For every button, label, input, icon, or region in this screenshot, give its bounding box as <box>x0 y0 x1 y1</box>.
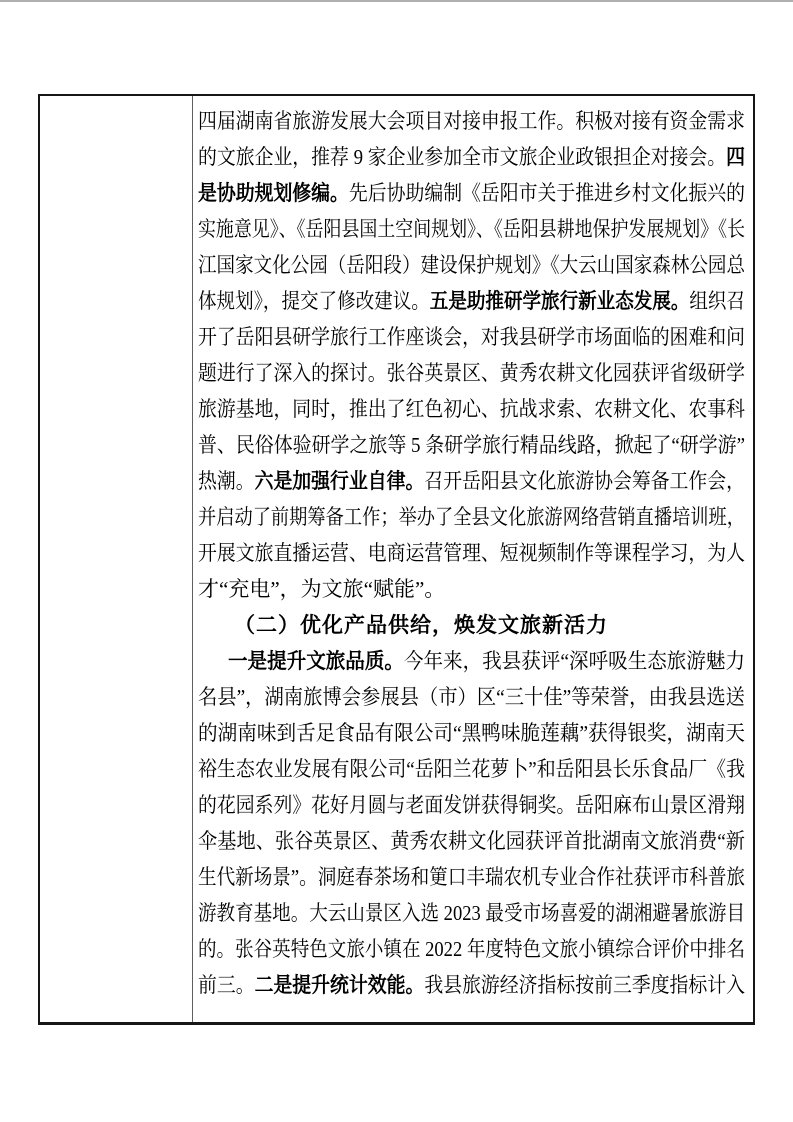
text-line: 的文旅企业，推荐 9 家企业参加全市文旅企业政银担企对接会。四 <box>198 139 745 175</box>
line-content: 普、民俗体验研学之旅等 5 条研学旅行精品线路，掀起了“研学游” <box>198 427 745 463</box>
line-content: 的。张谷英特色文旅小镇在 2022 年度特色文旅小镇综合评价中排名 <box>198 931 745 967</box>
text-line: 开展文旅直播运营、电商运营管理、短视频制作等课程学习，为人 <box>198 535 745 571</box>
text-run: 一是提升文旅品质。 <box>228 649 404 673</box>
line-content: 前三。二是提升统计效能。我县旅游经济指标按前三季度指标计入 <box>198 967 745 1003</box>
text-line: 才“充电”，为文旅“赋能”。 <box>198 571 745 607</box>
text-run: 开展文旅直播运营、电商运营管理、短视频制作等课程学习，为人 <box>198 541 745 565</box>
text-run: 六是加强行业自律。 <box>255 469 425 493</box>
line-content: 生代新场景”。洞庭春茶场和筻口丰瑞农机专业合作社获评市科普旅 <box>198 859 745 895</box>
text-line: 前三。二是提升统计效能。我县旅游经济指标按前三季度指标计入 <box>198 967 745 1003</box>
line-content: （二）优化产品供给，焕发文旅新活力 <box>234 607 608 643</box>
line-content: 一是提升文旅品质。今年来，我县获评“深呼吸生态旅游魅力 <box>228 643 745 679</box>
line-content: 的花园系列》花好月圆与老面发饼获得铜奖。岳阳麻布山景区滑翔 <box>198 787 745 823</box>
text-line: 旅游基地，同时，推出了红色初心、抗战求索、农耕文化、农事科 <box>198 391 745 427</box>
text-line: 游教育基地。大云山景区入选 2023 最受市场喜爱的湖湘避暑旅游目 <box>198 895 745 931</box>
page-top-edge <box>0 0 793 2</box>
text-line: 生代新场景”。洞庭春茶场和筻口丰瑞农机专业合作社获评市科普旅 <box>198 859 745 895</box>
text-run: 名县”，湖南旅博会参展县（市）区“三十佳”等荣誉，由我县选送 <box>198 685 745 709</box>
text-run: 裕生态农业发展有限公司“岳阳兰花萝卜”和岳阳县长乐食品厂《我 <box>198 757 745 781</box>
text-line: 体规划》，提交了修改建议。五是助推研学旅行新业态发展。组织召 <box>198 283 745 319</box>
text-run: 实施意见》、《岳阳县国土空间规划》、《岳阳县耕地保护发展规划》《长 <box>198 217 745 241</box>
line-content: 并启动了前期筹备工作；举办了全县文化旅游网络营销直播培训班， <box>198 499 745 535</box>
line-content: 实施意见》、《岳阳县国土空间规划》、《岳阳县耕地保护发展规划》《长 <box>198 211 745 247</box>
text-line: 普、民俗体验研学之旅等 5 条研学旅行精品线路，掀起了“研学游” <box>198 427 745 463</box>
text-line: 热潮。六是加强行业自律。召开岳阳县文化旅游协会筹备工作会， <box>198 463 745 499</box>
document-text: 四届湖南省旅游发展大会项目对接申报工作。积极对接有资金需求的文旅企业，推荐 9 … <box>198 103 745 1003</box>
report-table: 四届湖南省旅游发展大会项目对接申报工作。积极对接有资金需求的文旅企业，推荐 9 … <box>38 94 755 1025</box>
text-run: 先后协助编制《岳阳市关于推进乡村文化振兴的 <box>349 181 745 205</box>
line-content: 开了岳阳县研学旅行工作座谈会，对我县研学市场面临的困难和问 <box>198 319 745 355</box>
line-content: 裕生态农业发展有限公司“岳阳兰花萝卜”和岳阳县长乐食品厂《我 <box>198 751 745 787</box>
text-run: 才“充电”，为文旅“赋能”。 <box>198 577 445 601</box>
text-run: 二是提升统计效能。 <box>255 973 425 997</box>
text-line: 裕生态农业发展有限公司“岳阳兰花萝卜”和岳阳县长乐食品厂《我 <box>198 751 745 787</box>
document-page: 四届湖南省旅游发展大会项目对接申报工作。积极对接有资金需求的文旅企业，推荐 9 … <box>0 0 793 1122</box>
text-run: 开了岳阳县研学旅行工作座谈会，对我县研学市场面临的困难和问 <box>198 325 745 349</box>
text-run: 的湖南味到舌足食品有限公司“黑鸭味脆莲藕”获得银奖，湖南天 <box>198 721 745 745</box>
text-run: 四届湖南省旅游发展大会项目对接申报工作。积极对接有资金需求 <box>198 109 745 133</box>
line-content: 旅游基地，同时，推出了红色初心、抗战求索、农耕文化、农事科 <box>198 391 745 427</box>
line-content: 体规划》，提交了修改建议。五是助推研学旅行新业态发展。组织召 <box>198 283 745 319</box>
text-run: 题进行了深入的探讨。张谷英景区、黄秀农耕文化园获评省级研学 <box>198 361 745 385</box>
text-line: 的湖南味到舌足食品有限公司“黑鸭味脆莲藕”获得银奖，湖南天 <box>198 715 745 751</box>
text-run: 并启动了前期筹备工作；举办了全县文化旅游网络营销直播培训班， <box>198 505 745 529</box>
text-run: 今年来，我县获评“深呼吸生态旅游魅力 <box>404 649 745 673</box>
text-run: 普、民俗体验研学之旅等 5 条研学旅行精品线路，掀起了“研学游” <box>198 433 745 457</box>
line-content: 四届湖南省旅游发展大会项目对接申报工作。积极对接有资金需求 <box>198 103 745 139</box>
text-run: 是协助规划修编。 <box>198 181 349 205</box>
text-run: 四 <box>726 145 745 169</box>
text-run: 五是助推研学旅行新业态发展。 <box>430 289 690 313</box>
text-line: 的花园系列》花好月圆与老面发饼获得铜奖。岳阳麻布山景区滑翔 <box>198 787 745 823</box>
text-run: 热潮。 <box>198 469 255 493</box>
text-run: 旅游基地，同时，推出了红色初心、抗战求索、农耕文化、农事科 <box>198 397 745 421</box>
text-line: 是协助规划修编。先后协助编制《岳阳市关于推进乡村文化振兴的 <box>198 175 745 211</box>
line-content: 名县”，湖南旅博会参展县（市）区“三十佳”等荣誉，由我县选送 <box>198 679 745 715</box>
line-content: 热潮。六是加强行业自律。召开岳阳县文化旅游协会筹备工作会， <box>198 463 745 499</box>
text-line: 开了岳阳县研学旅行工作座谈会，对我县研学市场面临的困难和问 <box>198 319 745 355</box>
text-line: 实施意见》、《岳阳县国土空间规划》、《岳阳县耕地保护发展规划》《长 <box>198 211 745 247</box>
text-run: 伞基地、张谷英景区、黄秀农耕文化园获评首批湖南文旅消费“新 <box>198 829 745 853</box>
text-line: 名县”，湖南旅博会参展县（市）区“三十佳”等荣誉，由我县选送 <box>198 679 745 715</box>
line-content: 题进行了深入的探讨。张谷英景区、黄秀农耕文化园获评省级研学 <box>198 355 745 391</box>
section-heading: （二）优化产品供给，焕发文旅新活力 <box>198 607 745 643</box>
text-run: 游教育基地。大云山景区入选 2023 最受市场喜爱的湖湘避暑旅游目 <box>198 901 745 925</box>
text-run: 体规划》，提交了修改建议。 <box>198 289 430 313</box>
text-run: 召开岳阳县文化旅游协会筹备工作会， <box>424 469 745 493</box>
table-right-cell: 四届湖南省旅游发展大会项目对接申报工作。积极对接有资金需求的文旅企业，推荐 9 … <box>193 96 753 1022</box>
line-content: 是协助规划修编。先后协助编制《岳阳市关于推进乡村文化振兴的 <box>198 175 745 211</box>
line-content: 的文旅企业，推荐 9 家企业参加全市文旅企业政银担企对接会。四 <box>198 139 745 175</box>
text-run: 的花园系列》花好月圆与老面发饼获得铜奖。岳阳麻布山景区滑翔 <box>198 793 745 817</box>
text-line: 伞基地、张谷英景区、黄秀农耕文化园获评首批湖南文旅消费“新 <box>198 823 745 859</box>
line-content: 开展文旅直播运营、电商运营管理、短视频制作等课程学习，为人 <box>198 535 745 571</box>
line-content: 的湖南味到舌足食品有限公司“黑鸭味脆莲藕”获得银奖，湖南天 <box>198 715 745 751</box>
line-content: 才“充电”，为文旅“赋能”。 <box>198 571 445 607</box>
text-line: 江国家文化公园（岳阳段）建设保护规划》《大云山国家森林公园总 <box>198 247 745 283</box>
text-run: 的文旅企业，推荐 9 家企业参加全市文旅企业政银担企对接会。 <box>198 145 726 169</box>
line-content: 江国家文化公园（岳阳段）建设保护规划》《大云山国家森林公园总 <box>198 247 745 283</box>
text-run: 的。张谷英特色文旅小镇在 2022 年度特色文旅小镇综合评价中排名 <box>198 937 745 961</box>
text-line: 一是提升文旅品质。今年来，我县获评“深呼吸生态旅游魅力 <box>198 643 745 679</box>
text-line: 并启动了前期筹备工作；举办了全县文化旅游网络营销直播培训班， <box>198 499 745 535</box>
text-run: 生代新场景”。洞庭春茶场和筻口丰瑞农机专业合作社获评市科普旅 <box>198 865 745 889</box>
text-line: 的。张谷英特色文旅小镇在 2022 年度特色文旅小镇综合评价中排名 <box>198 931 745 967</box>
line-content: 伞基地、张谷英景区、黄秀农耕文化园获评首批湖南文旅消费“新 <box>198 823 745 859</box>
text-line: 四届湖南省旅游发展大会项目对接申报工作。积极对接有资金需求 <box>198 103 745 139</box>
table-left-cell <box>40 96 193 1022</box>
text-line: 题进行了深入的探讨。张谷英景区、黄秀农耕文化园获评省级研学 <box>198 355 745 391</box>
text-run: （二）优化产品供给，焕发文旅新活力 <box>234 613 608 637</box>
text-run: 我县旅游经济指标按前三季度指标计入 <box>424 973 745 997</box>
line-content: 游教育基地。大云山景区入选 2023 最受市场喜爱的湖湘避暑旅游目 <box>198 895 745 931</box>
text-run: 江国家文化公园（岳阳段）建设保护规划》《大云山国家森林公园总 <box>198 253 745 277</box>
text-run: 前三。 <box>198 973 255 997</box>
text-run: 组织召 <box>689 289 745 313</box>
